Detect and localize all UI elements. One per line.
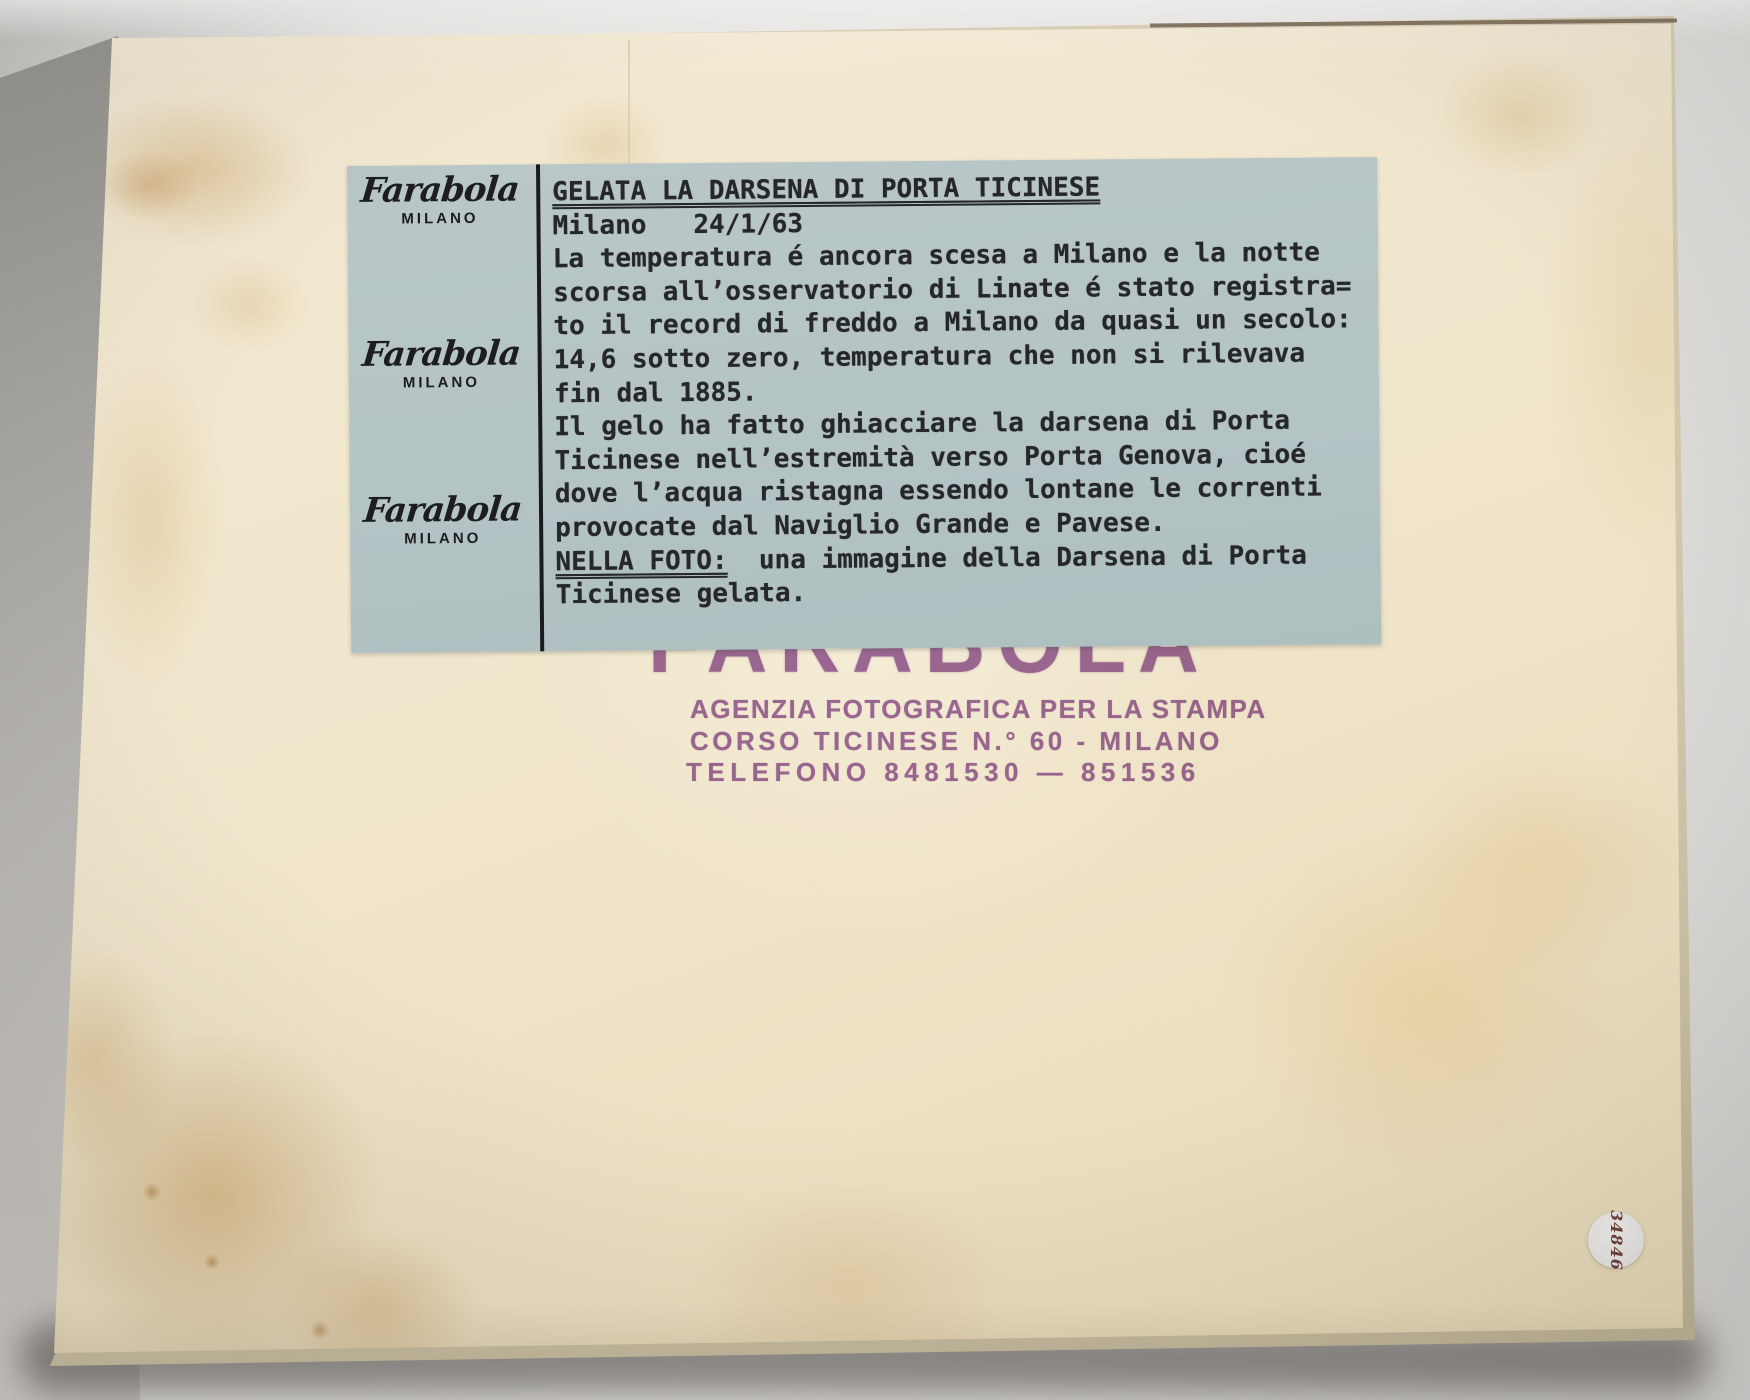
farabola-logo: Farabola MILANO xyxy=(350,492,535,547)
caption-title-text: GELATA LA DARSENA DI PORTA TICINESE xyxy=(552,173,1100,209)
caption-text-column: GELATA LA DARSENA DI PORTA TICINESE Mila… xyxy=(552,169,1371,613)
farabola-logo: Farabola MILANO xyxy=(347,172,532,227)
sticker-number: 34846 xyxy=(1607,1210,1626,1271)
vertical-divider xyxy=(536,164,544,651)
stamp-line-agency: AGENZIA FOTOGRAFICA PER LA STAMPA xyxy=(690,694,1267,725)
caption-end-line: Ticinese gelata. xyxy=(556,572,1371,613)
farabola-logo-city: MILANO xyxy=(347,210,532,227)
farabola-logo-script: Farabola xyxy=(346,172,534,208)
caption-foto-rest: una immagine della Darsena di Porta xyxy=(728,540,1307,575)
stamp-line-address: CORSO TICINESE N.° 60 - MILANO xyxy=(690,726,1223,757)
farabola-logo-script: Farabola xyxy=(347,336,535,372)
stamp-line-phone: TELEFONO 8481530 — 851536 xyxy=(686,757,1201,788)
farabola-logo-script: Farabola xyxy=(348,492,536,528)
nella-foto-label: NELLA FOTO: xyxy=(555,546,727,579)
farabola-logo: Farabola MILANO xyxy=(349,336,534,391)
photo-back-scene: FARABOLA AGENZIA FOTOGRAFICA PER LA STAM… xyxy=(0,0,1750,1400)
archive-sticker: 34846 xyxy=(1588,1212,1644,1268)
photo-card-back: FARABOLA AGENZIA FOTOGRAFICA PER LA STAM… xyxy=(0,0,1750,1400)
caption-label-card: Farabola MILANO Farabola MILANO Farabola… xyxy=(347,157,1381,653)
body-line: dove l’acqua ristagna essendo lontane le… xyxy=(555,471,1370,512)
farabola-logo-city: MILANO xyxy=(350,530,535,547)
farabola-logo-city: MILANO xyxy=(349,374,534,391)
body-line: 14,6 sotto zero, temperatura che non si … xyxy=(554,337,1369,378)
